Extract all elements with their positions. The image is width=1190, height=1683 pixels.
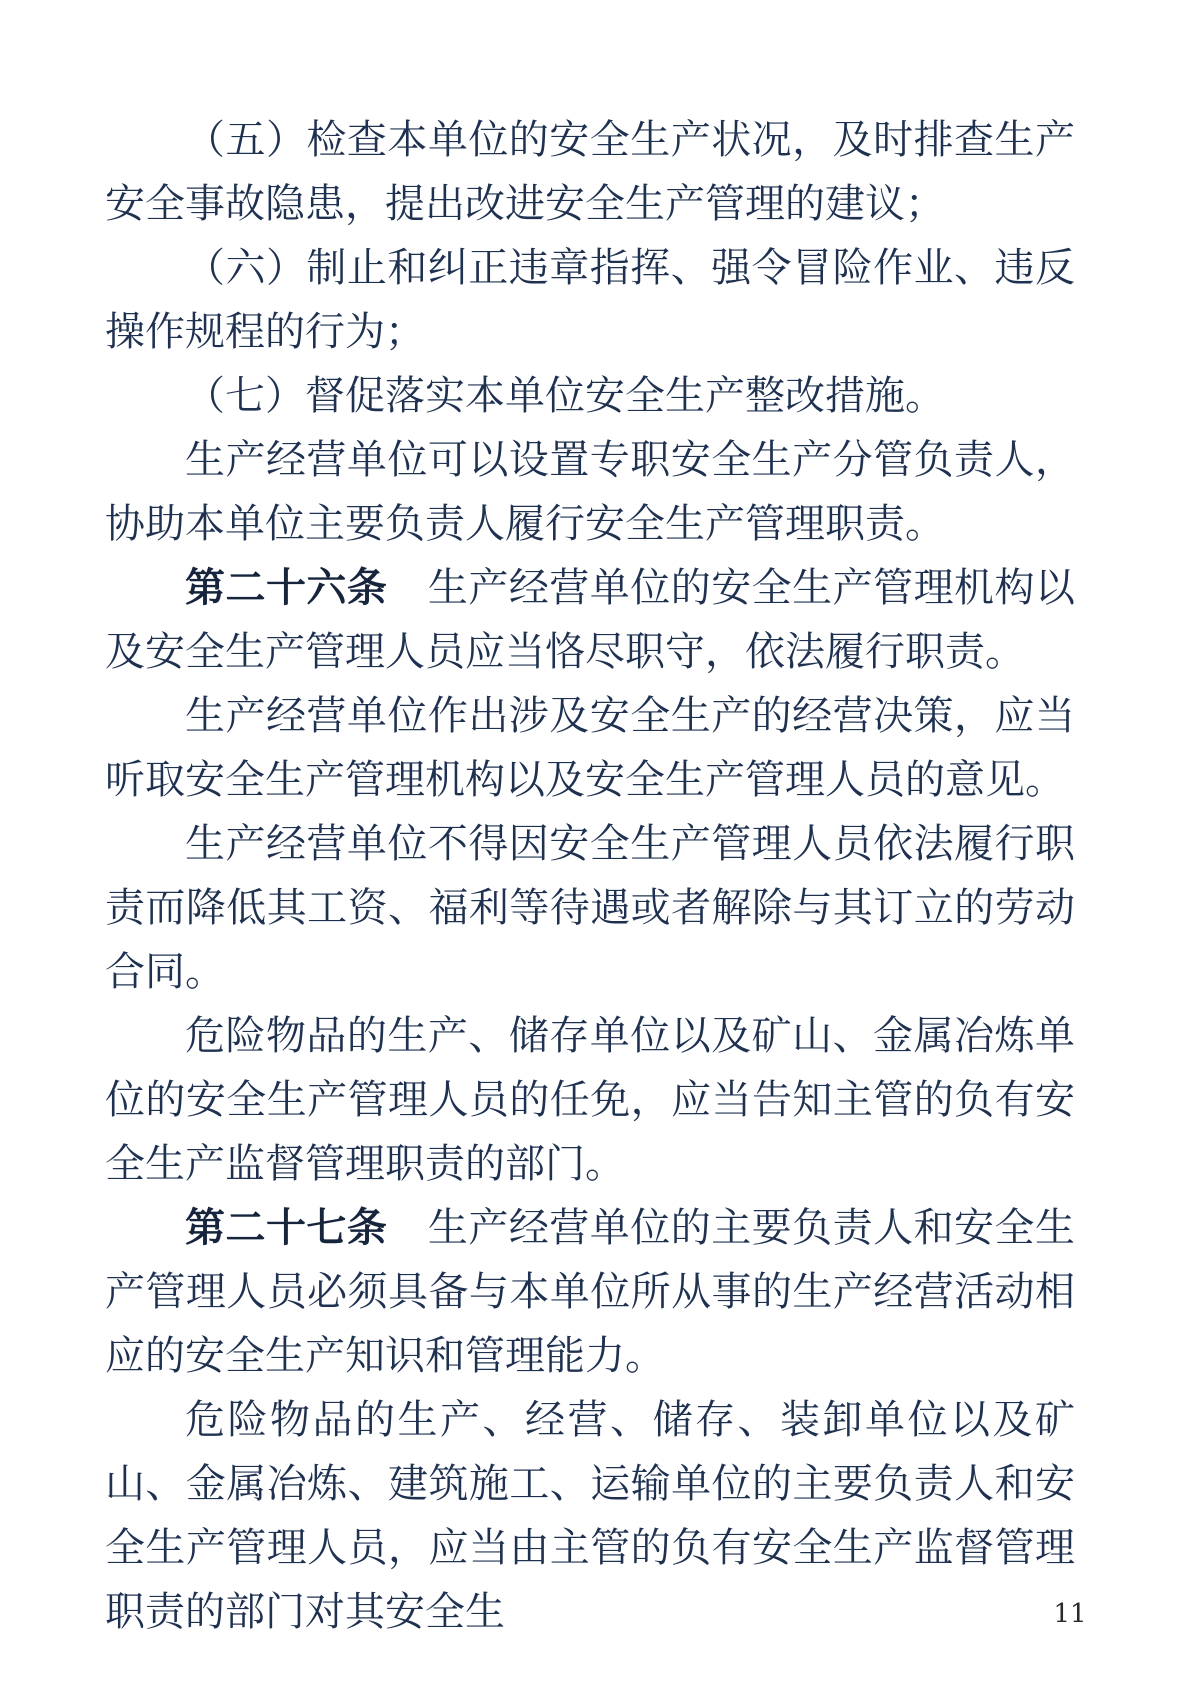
paragraph: 生产经营单位可以设置专职安全生产分管负责人，协助本单位主要负责人履行安全生产管理… [105, 428, 1075, 556]
article-number: 第二十七条 [185, 1205, 387, 1251]
paragraph-text: 危险物品的生产、储存单位以及矿山、金属冶炼单位的安全生产管理人员的任免，应当告知… [105, 1013, 1075, 1187]
paragraph-article-27: 第二十七条 生产经营单位的主要负责人和安全生产管理人员必须具备与本单位所从事的生… [105, 1196, 1075, 1388]
paragraph-text: 生产经营单位可以设置专职安全生产分管负责人，协助本单位主要负责人履行安全生产管理… [105, 437, 1075, 547]
paragraph: （七）督促落实本单位安全生产整改措施。 [105, 364, 1075, 428]
paragraph: 危险物品的生产、储存单位以及矿山、金属冶炼单位的安全生产管理人员的任免，应当告知… [105, 1004, 1075, 1196]
paragraph: 危险物品的生产、经营、储存、装卸单位以及矿山、金属冶炼、建筑施工、运输单位的主要… [105, 1388, 1075, 1644]
paragraph-text: （七）督促落实本单位安全生产整改措施。 [185, 373, 945, 419]
article-number: 第二十六条 [185, 565, 387, 611]
paragraph-text: 生产经营单位不得因安全生产管理人员依法履行职责而降低其工资、福利等待遇或者解除与… [105, 821, 1075, 995]
paragraph-article-26: 第二十六条 生产经营单位的安全生产管理机构以及安全生产管理人员应当恪尽职守，依法… [105, 556, 1075, 684]
paragraph: （五）检查本单位的安全生产状况，及时排查生产安全事故隐患，提出改进安全生产管理的… [105, 108, 1075, 236]
document-page: （五）检查本单位的安全生产状况，及时排查生产安全事故隐患，提出改进安全生产管理的… [0, 0, 1190, 1683]
paragraph-text: 生产经营单位作出涉及安全生产的经营决策，应当听取安全生产管理机构以及安全生产管理… [105, 693, 1075, 803]
paragraph: （六）制止和纠正违章指挥、强令冒险作业、违反操作规程的行为； [105, 236, 1075, 364]
paragraph: 生产经营单位不得因安全生产管理人员依法履行职责而降低其工资、福利等待遇或者解除与… [105, 812, 1075, 1004]
page-number: 11 [1046, 1598, 1094, 1630]
paragraph-text: （五）检查本单位的安全生产状况，及时排查生产安全事故隐患，提出改进安全生产管理的… [105, 117, 1075, 227]
paragraph-text: 危险物品的生产、经营、储存、装卸单位以及矿山、金属冶炼、建筑施工、运输单位的主要… [105, 1397, 1075, 1635]
document-body: （五）检查本单位的安全生产状况，及时排查生产安全事故隐患，提出改进安全生产管理的… [105, 108, 1075, 1644]
paragraph: 生产经营单位作出涉及安全生产的经营决策，应当听取安全生产管理机构以及安全生产管理… [105, 684, 1075, 812]
paragraph-text: （六）制止和纠正违章指挥、强令冒险作业、违反操作规程的行为； [105, 245, 1075, 355]
